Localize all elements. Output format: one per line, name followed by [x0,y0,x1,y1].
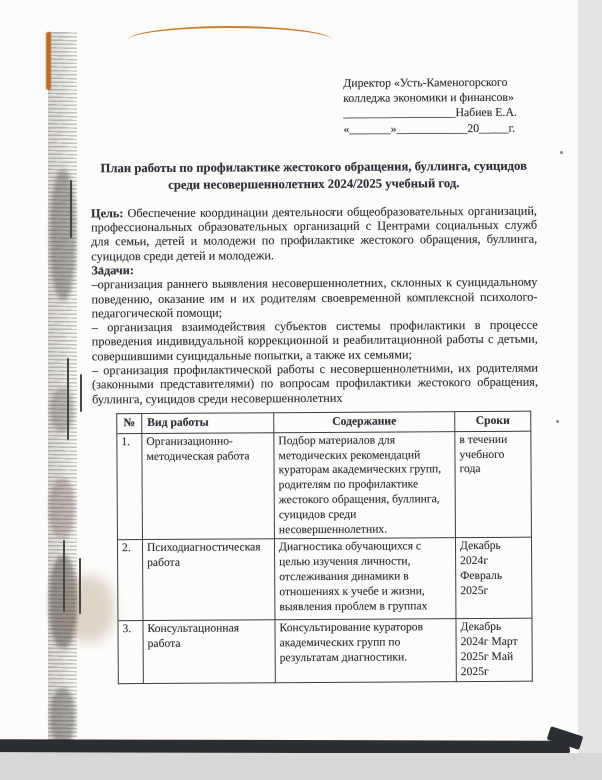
scan-smudge [50,170,76,300]
signature-line: ___________________Набиев Е.А. [343,105,536,121]
cell-content: Диагностика обучающихся с целью изучения… [274,538,455,620]
col-header-content: Содержание [274,412,455,433]
scanner-background-right [578,0,602,780]
task-item: – организация профилактической работы с … [92,361,538,407]
cell-work-type: Консультационная работа [143,620,275,684]
scan-smudge [49,478,75,538]
cell-dates: Декабрь 2024г Март 2025г Май 2025г [456,619,532,682]
cell-number: 2. [117,540,142,621]
page-curl-line [128,26,332,40]
work-plan-table: № Вид работы Содержание Сроки 1. Организ… [116,411,533,685]
cell-dates: Декабрь 2024г Февраль 2025г [455,538,531,619]
approval-line: Директор «Усть-Каменогорского [343,75,536,91]
date-line: «_______»____________20_____г. [343,120,536,136]
col-header-dates: Сроки [455,411,531,431]
scanner-background-bottom [0,753,602,780]
cell-dates: в течении учебного года [455,431,532,538]
goal-label: Цель: [91,206,124,220]
document-content: Директор «Усть-Каменогорского колледжа э… [90,75,540,685]
scan-line-artifact [79,558,81,614]
table-row: 3. Консультационная работа Консультирова… [118,619,532,685]
dust-speck [556,420,559,423]
scan-line-artifact [63,540,65,612]
cell-work-type: Организационно-методическая работа [142,433,275,540]
scan-smudge [50,688,75,746]
cell-work-type: Психодиагностическая работа [142,539,274,621]
approval-block: Директор «Усть-Каменогорского колледжа э… [343,75,536,137]
scan-line-artifact [70,180,72,238]
scanned-document-page: Директор «Усть-Каменогорского колледжа э… [0,0,602,780]
cell-number: 1. [117,433,143,540]
scan-line-artifact [67,358,69,440]
task-item: – организация взаимодействия субъектов с… [92,318,538,364]
table-header-row: № Вид работы Содержание Сроки [117,411,531,433]
scan-smudge [50,388,74,432]
cell-content: Подбор материалов для методических реком… [274,431,456,539]
approval-line: колледжа экономики и финансов» [343,90,536,106]
col-header-number: № [117,414,142,434]
cell-number: 3. [118,621,143,684]
page-edge-shadow [0,739,570,753]
col-header-work-type: Вид работы [142,413,274,434]
scan-line-artifact [80,374,82,412]
table-row: 2. Психодиагностическая работа Диагности… [117,538,531,622]
table-row: 1. Организационно-методическая работа По… [117,431,532,540]
goal-paragraph: Цель:Обеспечение координации деятельност… [91,203,537,263]
goal-text: Обеспечение координации деятельности общ… [91,203,537,263]
dust-speck [560,151,563,154]
cell-content: Консультирование кураторов академических… [275,619,456,683]
task-item: –организация раннего выявления несоверше… [91,275,537,321]
orange-edge-mark [46,32,51,90]
page-title: План работы по профилактике жестокого об… [97,157,531,195]
